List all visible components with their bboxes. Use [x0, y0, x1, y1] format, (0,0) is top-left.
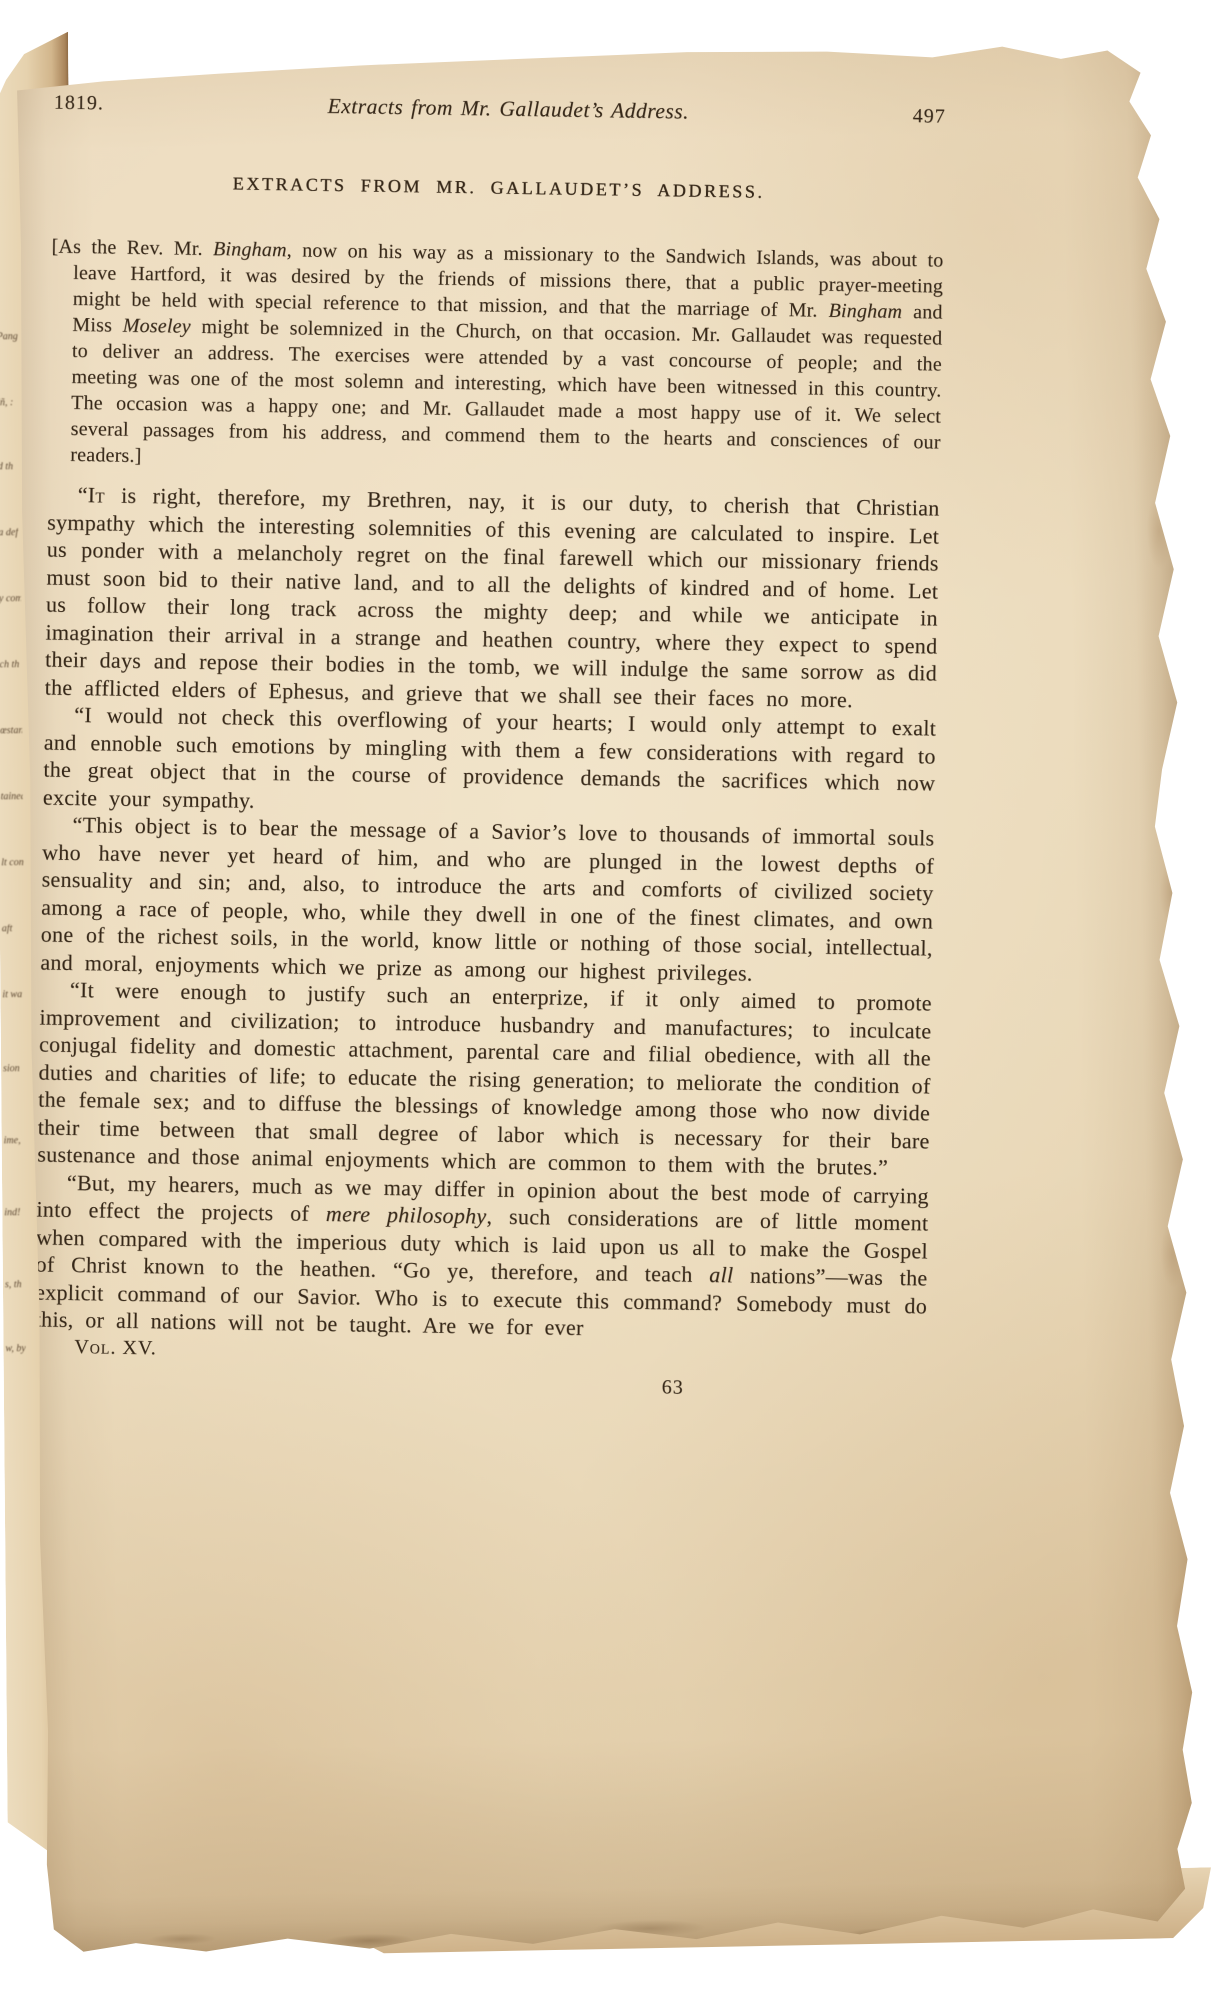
gutter-text-fragment: lt con	[1, 858, 23, 868]
gutter-text-fragment: s, th	[5, 1280, 22, 1290]
scanned-book-photo: Pangiñ, :d tha defy comch thœstantainedl…	[0, 0, 1228, 2000]
gutter-text-fragment: ime,	[4, 1136, 21, 1146]
paragraph: “I would not check this overflowing of y…	[43, 700, 937, 824]
gutter-text-fragment: d th	[0, 462, 13, 472]
gutter-fragments: Pangiñ, :d tha defy comch thœstantainedl…	[0, 32, 68, 33]
running-title: Extracts from Mr. Gallaudet’s Address.	[327, 94, 689, 125]
running-header: 1819. Extracts from Mr. Gallaudet’s Addr…	[54, 90, 946, 129]
gutter-text-fragment: it wa	[2, 990, 22, 1000]
gutter-text-fragment: Pang	[0, 332, 18, 342]
book-page: 1819. Extracts from Mr. Gallaudet’s Addr…	[9, 36, 1210, 1960]
printed-content: 1819. Extracts from Mr. Gallaudet’s Addr…	[34, 90, 946, 1403]
gutter-text-fragment: w, by	[5, 1344, 25, 1354]
signature-number: 63	[662, 1376, 926, 1403]
gutter-text-fragment: tained	[1, 792, 23, 802]
page-number: 497	[913, 105, 946, 129]
gutter-text-fragment: ind!	[4, 1208, 20, 1218]
gutter-text-fragment: iñ, :	[0, 398, 13, 408]
page-footer: Vol. XV. 63	[34, 1335, 927, 1403]
gutter-text-fragment: œstan	[0, 726, 22, 736]
paragraph: “It is right, therefore, my Brethren, na…	[44, 481, 939, 715]
gutter-text-fragment: aft	[2, 924, 13, 934]
paragraph: “But, my hearers, much as we may differ …	[35, 1168, 929, 1347]
gutter-text-fragment: sion	[3, 1064, 20, 1074]
gutter-text-fragment: ch th	[0, 660, 19, 670]
gutter-text-fragment: y com	[0, 594, 21, 604]
gutter-text-fragment: a def	[0, 528, 18, 538]
header-year: 1819.	[54, 92, 104, 116]
address-extracts: “It is right, therefore, my Brethren, na…	[35, 481, 940, 1347]
article-title: EXTRACTS FROM MR. GALLAUDET’S ADDRESS.	[52, 171, 944, 206]
editorial-introduction: [As the Rev. Mr. Bingham, now on his way…	[48, 234, 944, 482]
paragraph: “This object is to bear the message of a…	[40, 810, 934, 989]
paragraph: “It were enough to justify such an enter…	[37, 975, 932, 1181]
